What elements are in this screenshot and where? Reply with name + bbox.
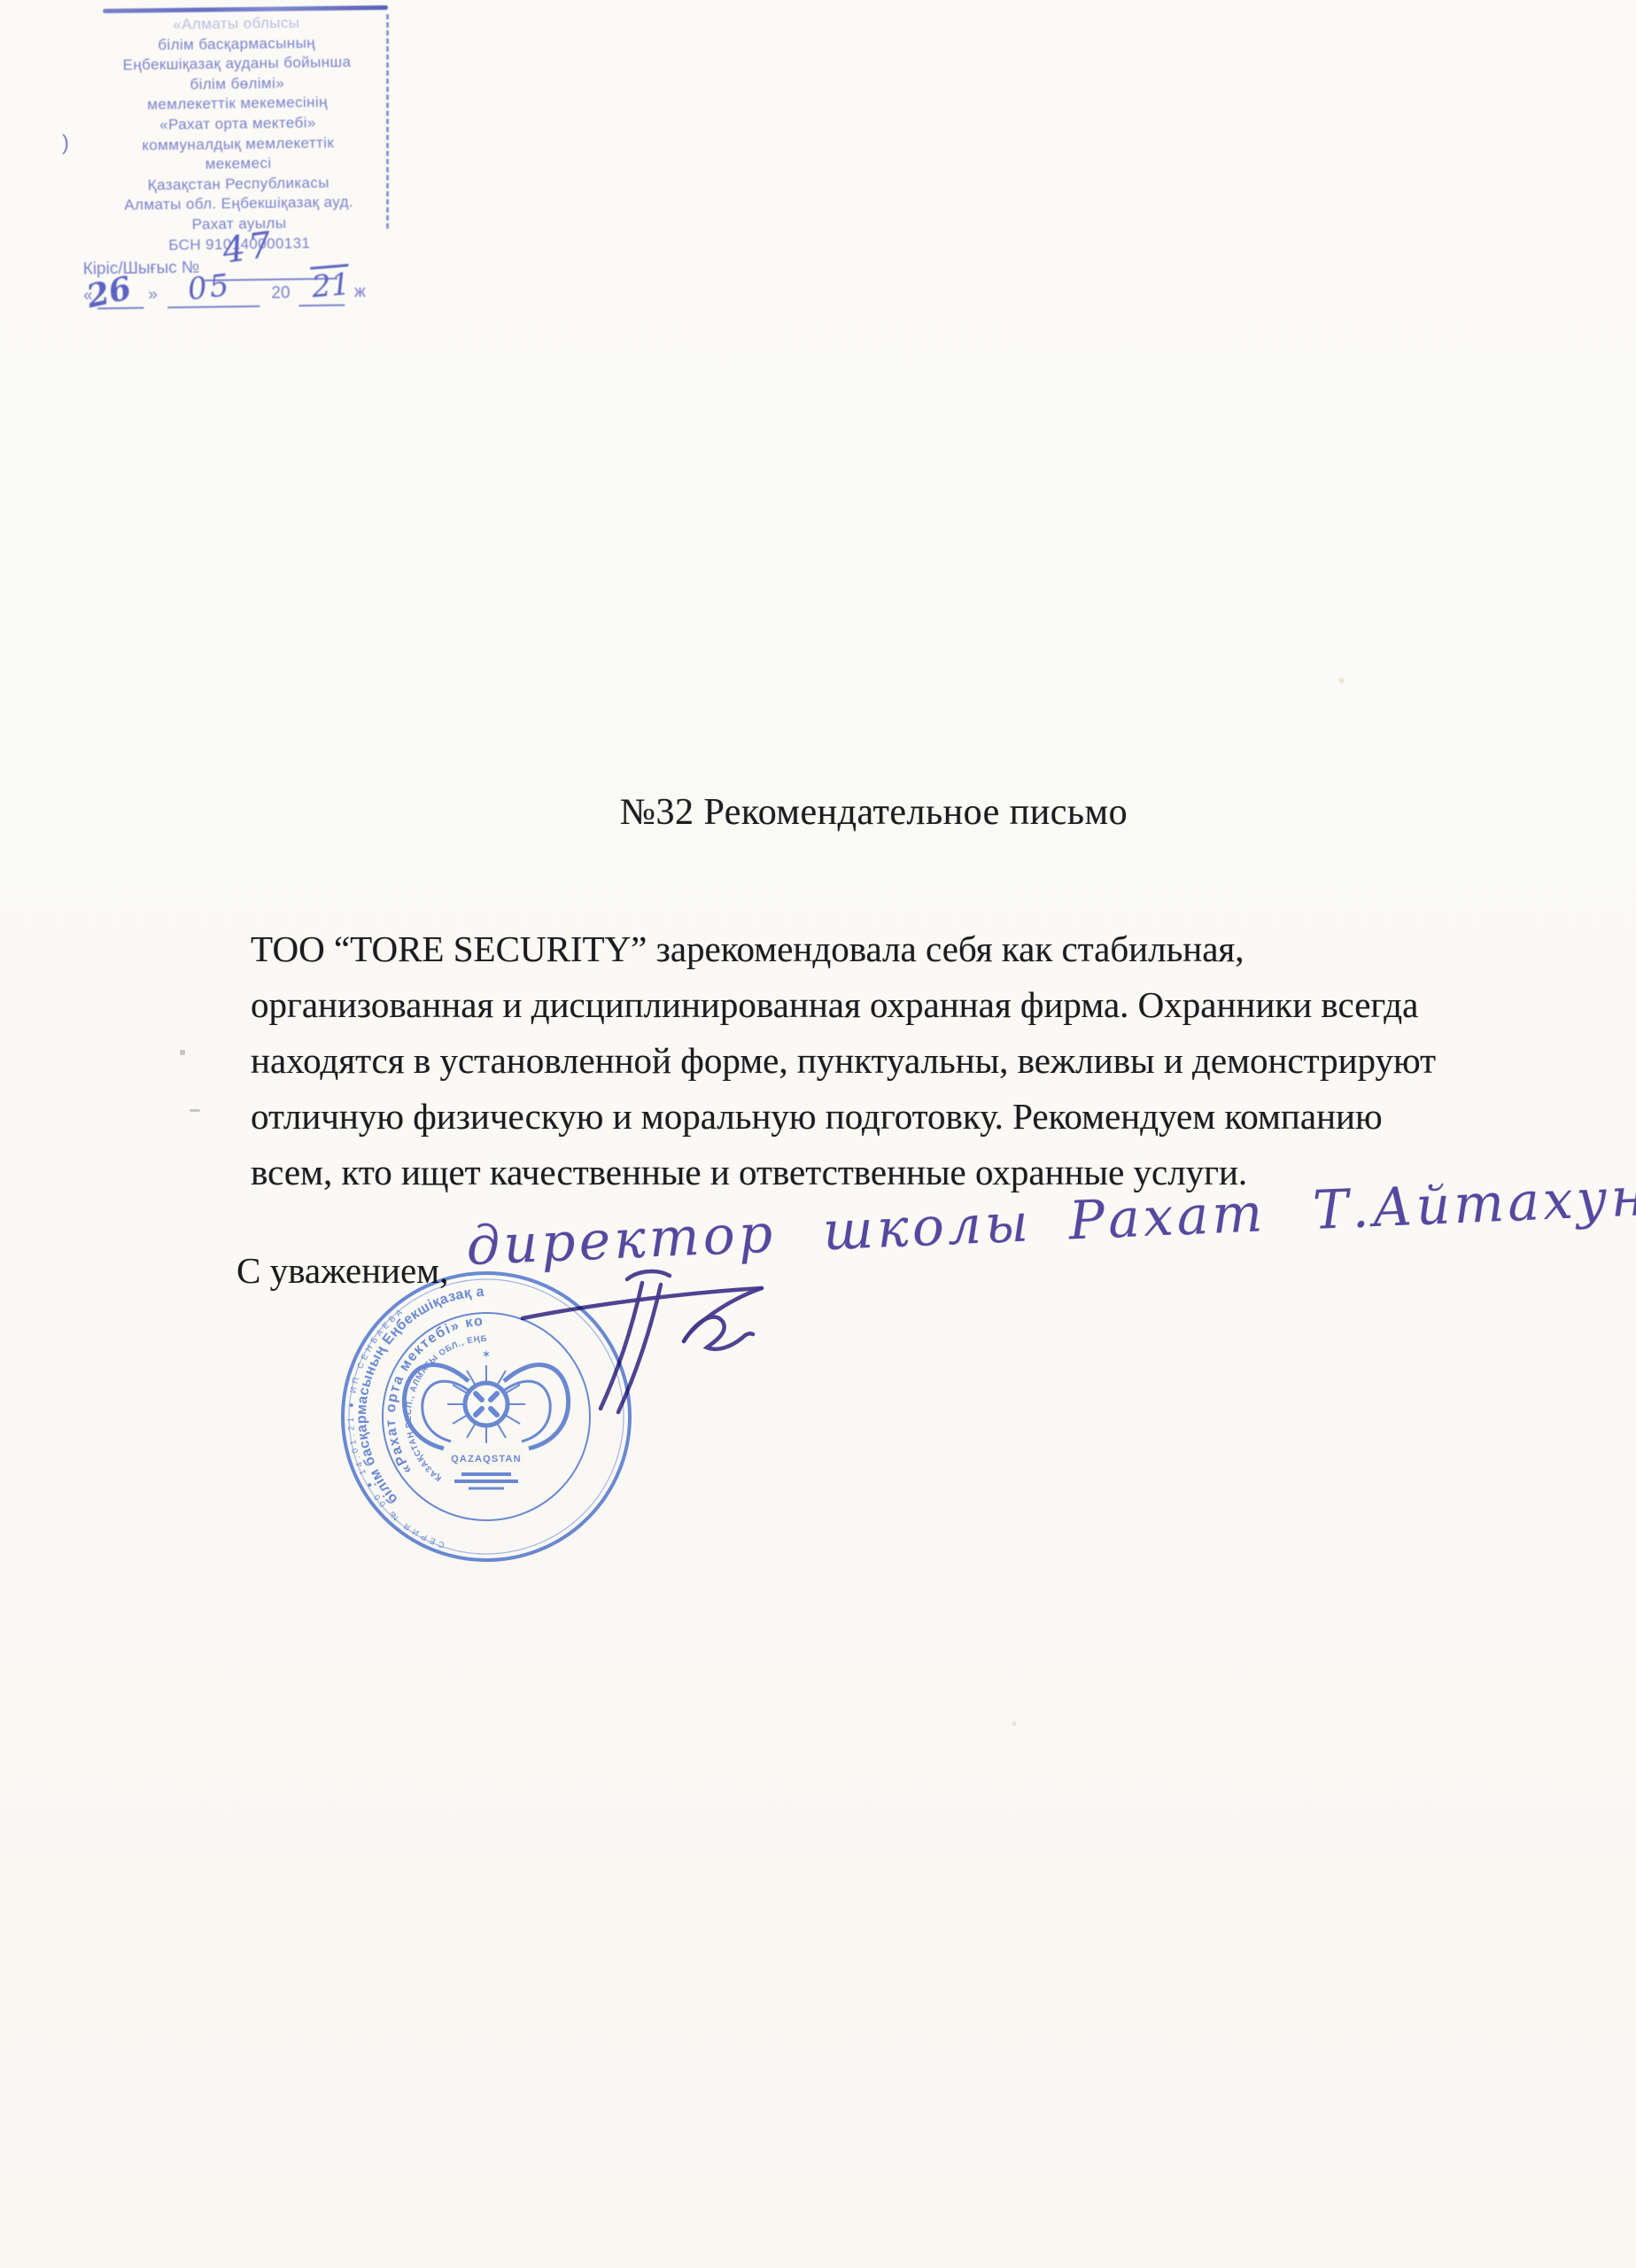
body-line: находятся в установленной форме, пунктуа… [251,1033,1436,1089]
date-row: « » 20 ж 26 05 21 [83,279,384,310]
signature-hook-stroke [627,1271,670,1279]
stamp-line: Еңбекшіқазақ ауданы бойынша [92,52,381,76]
scan-speck [190,1109,200,1112]
date-quote-close: » [148,285,158,304]
handwritten-month: 05 [186,272,232,304]
date-century: 20 [271,283,290,302]
scanned-letter-page: ) «Алматы облысы білім басқармасының Еңб… [0,0,1636,2268]
letter-body: ТОО “TORE SECURITY” зарекомендовала себя… [251,921,1436,1200]
letter-title: №32 Рекомендательное письмо [112,791,1636,834]
registration-stamp: «Алматы облысы білім басқармасының Еңбек… [92,12,385,310]
emblem-shanyrak-icon [465,1383,508,1425]
official-seal: СЕРИЯ № 00 ● 14.01.21 ● ИП СЕНБАЕВА білі… [339,1270,633,1564]
stamp-bracket-mark: ) [62,131,69,156]
handwritten-day: 26 [84,275,134,310]
handwritten-registration-number: 47 [221,231,276,265]
body-line: отличную физическую и моральную подготов… [251,1089,1436,1145]
scan-speck [180,1050,185,1055]
handwritten-year: 21 [311,271,352,301]
body-line: ТОО “TORE SECURITY” зарекомендовала себя… [251,921,1436,977]
emblem-sun-rays [447,1365,525,1443]
date-suffix: ж [354,283,366,301]
emblem-pedestal-lines [454,1474,518,1488]
stamp-right-border [386,14,389,229]
body-line: организованная и дисциплинированная охра… [251,977,1436,1033]
stamp-line: «Алматы облысы [92,12,381,36]
signature-tail-stroke [684,1317,753,1349]
emblem-banner-label: QAZAQSTAN [451,1454,522,1464]
stamp-line: Алматы обл. Еңбекшіқазақ ауд. [95,192,384,216]
emblem-star-icon: ✶ [482,1348,492,1361]
emblem-shanyrak-cross [476,1394,497,1415]
